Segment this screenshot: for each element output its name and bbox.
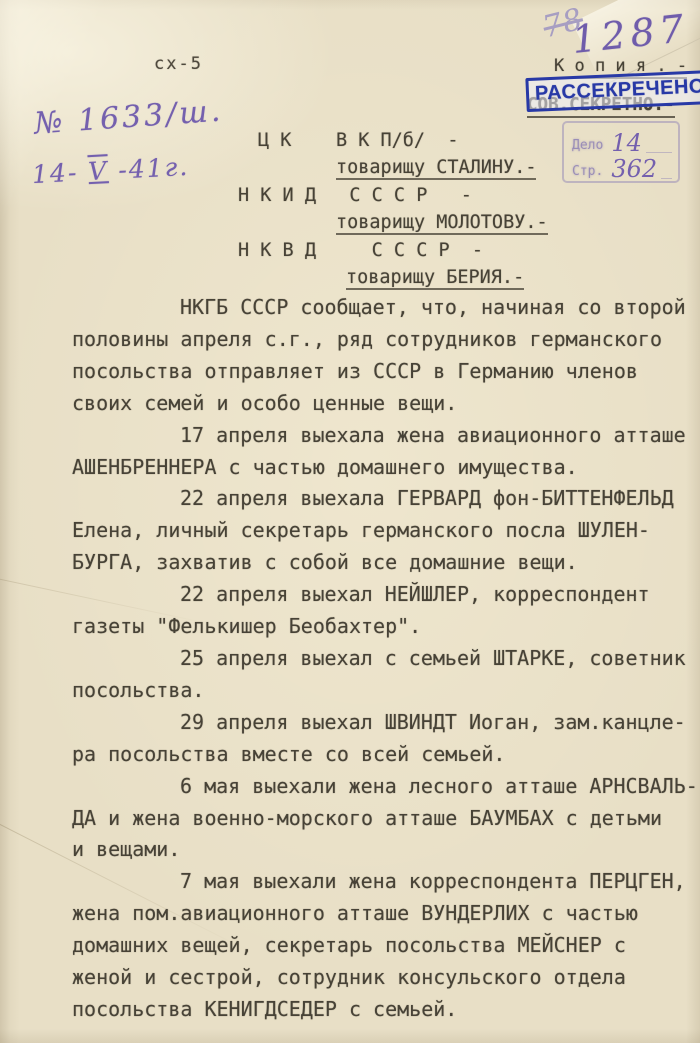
body-line: и вещами.	[72, 834, 700, 866]
body-line: 22 апреля выехал НЕЙШЛЕР, корреспондент	[180, 579, 700, 611]
type-code: сх-5	[154, 54, 203, 74]
page-value: 362	[611, 159, 657, 179]
file-stamp-box: Дело 14 Стр. 362	[562, 121, 680, 183]
body-line: ра посольства вместе со всей семьей.	[72, 739, 700, 771]
document-page: сх-5 № 1633/ш. 14-V-41г. 78 1287 К о п и…	[0, 0, 700, 1043]
ink-registration-number: 1287	[570, 6, 691, 62]
body-line: АШЕНБРЕННЕРА с частью домашнего имуществ…	[72, 452, 700, 484]
body-line: женой и сестрой, сотрудник консульского …	[72, 962, 700, 994]
body-line: жена пом.авиационного атташе ВУНДЕРЛИХ с…	[72, 898, 700, 930]
delo-value: 14	[611, 133, 642, 153]
body-line: 6 мая выехали жена лесного атташе АРНСВА…	[180, 771, 700, 803]
body-line: НКГБ СССР сообщает, что, начиная со втор…	[180, 292, 700, 324]
addressee-person: товарищу БЕРИЯ.-	[346, 264, 700, 291]
body-line: посольства КЕНИГДСЕДЕР с семьей.	[72, 994, 700, 1026]
body-line: 25 апреля выехал с семьей ШТАРКЕ, советн…	[180, 643, 700, 675]
body-line: 22 апреля выехала ГЕРВАРД фон-БИТТЕНФЕЛЬ…	[180, 483, 700, 515]
addressee-person: товарищу МОЛОТОВУ.-	[336, 209, 700, 236]
file-row-delo: Дело 14	[572, 127, 672, 153]
body-line: посольства.	[72, 675, 700, 707]
body-line: 17 апреля выехала жена авиационного атта…	[180, 420, 700, 452]
body-line: ДА и жена военно-морского атташе БАУМБАХ…	[72, 803, 700, 835]
body-line: газеты "Фелькишер Беобахтер".	[72, 611, 700, 643]
body-line: БУРГА, захватив с собой все домашние вещ…	[72, 547, 700, 579]
page-label: Стр.	[572, 164, 603, 179]
file-row-page: Стр. 362	[572, 153, 672, 179]
body-line: посольства отправляет из СССР в Германию…	[72, 356, 700, 388]
addressee-org: Н К И Д С С С Р -	[238, 182, 700, 209]
body-line: половины апреля с.г., ряд сотрудников ге…	[72, 324, 700, 356]
body-line: 29 апреля выехал ШВИНДТ Иоган, зам.канцл…	[180, 707, 700, 739]
body-line: домашних вещей, секретарь посольства МЕЙ…	[72, 930, 700, 962]
delo-label: Дело	[572, 138, 603, 153]
page-rule	[661, 178, 672, 179]
document-body: НКГБ СССР сообщает, что, начиная со втор…	[0, 292, 700, 1026]
body-line: своих семей и особо ценные вещи.	[72, 388, 700, 420]
addressee-org: Н К В Д С С С Р -	[238, 237, 700, 264]
body-line: Елена, личный секретарь германского посл…	[72, 515, 700, 547]
delo-rule	[646, 152, 672, 153]
body-line: 7 мая выехали жена корреспондента ПЕРЦГЕ…	[180, 866, 700, 898]
